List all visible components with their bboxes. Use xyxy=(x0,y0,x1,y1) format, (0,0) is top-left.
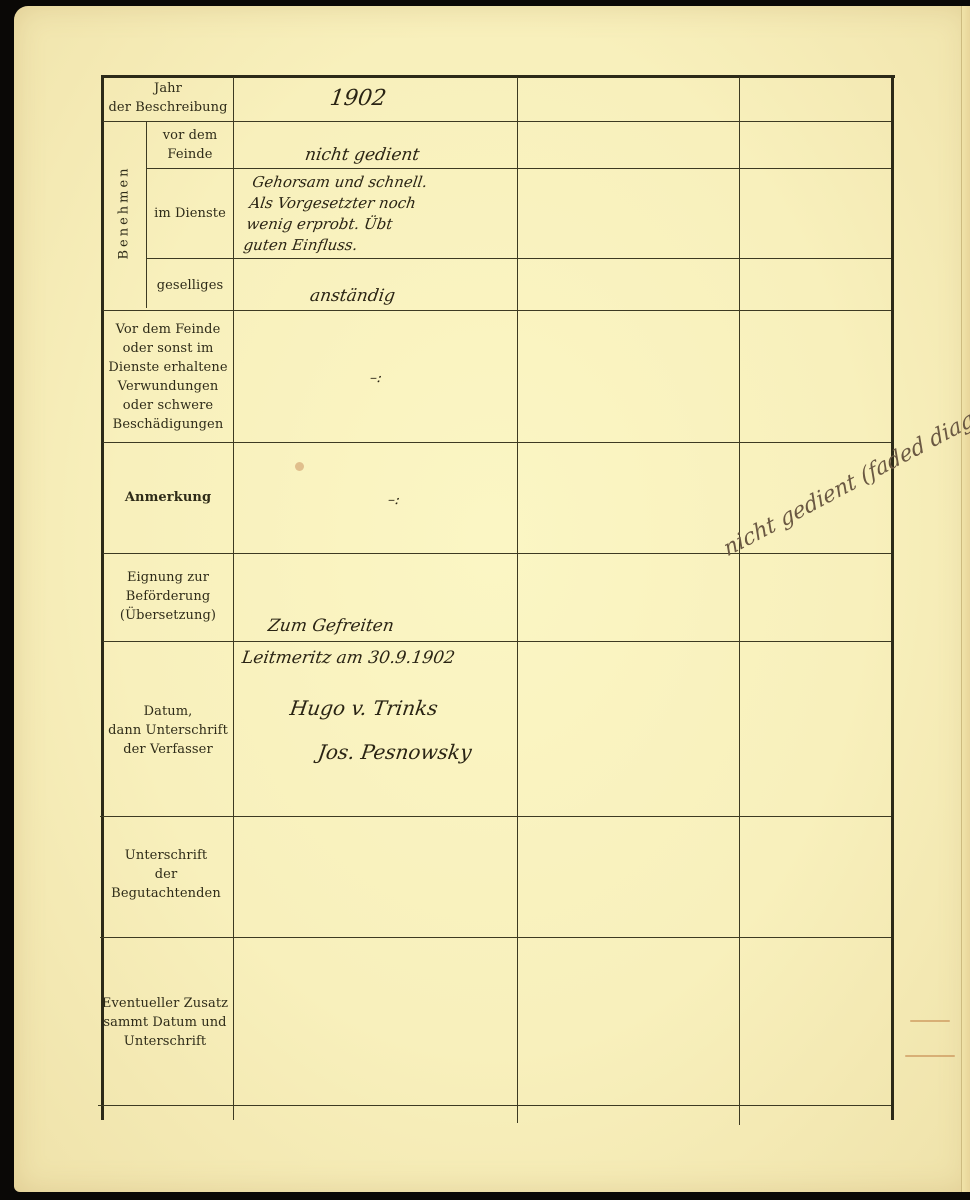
label-line: Datum, xyxy=(100,702,236,721)
row-line-10 xyxy=(98,1105,891,1106)
row-line-9 xyxy=(100,937,891,938)
label-line: Jahr xyxy=(104,79,232,98)
entry-line: Als Vorgesetzter noch xyxy=(248,193,426,214)
col-divider-2 xyxy=(517,77,518,1123)
label-promotion: Eignung zur Beförderung (Übersetzung) xyxy=(104,568,232,625)
label-line: Feinde xyxy=(148,145,232,164)
ink-stain xyxy=(295,462,304,471)
label-line: dann Unterschrift xyxy=(100,721,236,740)
label-line: Beschädigungen xyxy=(104,415,232,434)
entry-line: guten Einfluss. xyxy=(242,235,420,256)
label-wounds: Vor dem Feinde oder sonst im Dienste erh… xyxy=(104,320,232,434)
row-line-2 xyxy=(146,168,891,169)
label-line: Beförderung xyxy=(104,587,232,606)
label-line: (Übersetzung) xyxy=(104,606,232,625)
signature-2: Jos. Pesnowsky xyxy=(317,742,473,763)
label-line: Eventueller Zusatz xyxy=(98,994,232,1013)
row-line-8 xyxy=(100,816,891,817)
entry-line: Gehorsam und schnell. xyxy=(251,172,429,193)
label-remark: Anmerkung xyxy=(104,488,232,507)
label-year: Jahr der Beschreibung xyxy=(104,79,232,117)
label-line: Begutachtenden xyxy=(100,884,232,903)
label-line: Unterschrift xyxy=(98,1032,232,1051)
frame-top xyxy=(101,75,895,78)
col-divider-1 xyxy=(233,77,234,1120)
ink-mark xyxy=(910,1020,950,1022)
label-date-signature: Datum, dann Unterschrift der Verfasser xyxy=(100,702,236,759)
entry-promotion: Zum Gefreiten xyxy=(267,616,396,637)
row-line-5 xyxy=(103,442,891,443)
label-line: Vor dem Feinde xyxy=(104,320,232,339)
label-line: oder schwere xyxy=(104,396,232,415)
label-addendum: Eventueller Zusatz sammt Datum und Unter… xyxy=(98,994,232,1051)
entry-before-enemy: nicht gedient xyxy=(304,145,421,166)
col-divider-3 xyxy=(739,77,740,1125)
row-line-1 xyxy=(103,121,891,122)
row-line-4 xyxy=(103,310,891,311)
entry-line: wenig erprobt. Übt xyxy=(245,214,423,235)
ink-mark xyxy=(905,1055,955,1057)
row-line-7 xyxy=(103,641,891,642)
frame-right xyxy=(891,78,894,1120)
label-line: Unterschrift xyxy=(100,846,232,865)
label-line: der Verfasser xyxy=(100,740,236,759)
entry-in-service: Gehorsam und schnell. Als Vorgesetzter n… xyxy=(242,172,429,256)
label-benehmen: Benehmen xyxy=(117,153,132,273)
label-reviewer-signature: Unterschrift der Begutachtenden xyxy=(100,846,232,903)
label-in-service: im Dienste xyxy=(148,204,232,223)
label-line: sammt Datum und xyxy=(98,1013,232,1032)
entry-date-place: Leitmeritz am 30.9.1902 xyxy=(241,648,457,669)
entry-year: 1902 xyxy=(329,88,388,109)
row-line-6 xyxy=(103,553,891,554)
label-line: Verwundungen xyxy=(104,377,232,396)
label-line: oder sonst im xyxy=(104,339,232,358)
row-line-3 xyxy=(146,258,891,259)
label-line: der Beschreibung xyxy=(104,98,232,117)
label-line: Dienste erhaltene xyxy=(104,358,232,377)
signature-1: Hugo v. Trinks xyxy=(289,698,440,719)
label-line: Eignung zur xyxy=(104,568,232,587)
label-social: geselliges xyxy=(148,276,232,295)
label-line: der xyxy=(100,865,232,884)
label-line: vor dem xyxy=(148,126,232,145)
label-before-enemy: vor dem Feinde xyxy=(148,126,232,164)
entry-social: anständig xyxy=(309,286,397,307)
